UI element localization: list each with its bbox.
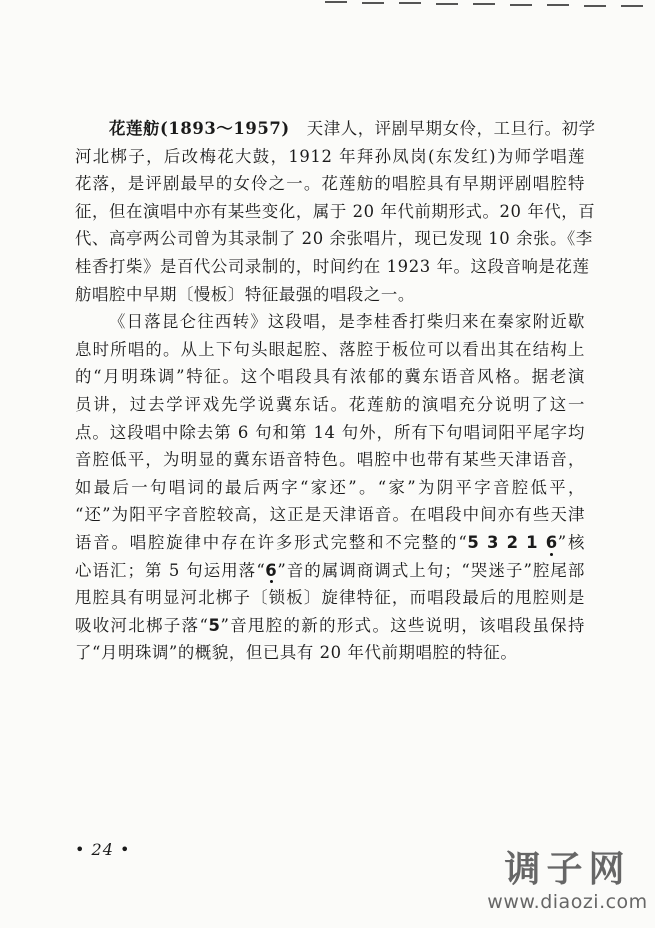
text-segment: 甩腔具有明显河北梆子〔锁板〕旋律特征，而唱段最后的甩腔则是	[75, 588, 585, 607]
text-line: 花莲舫(1893～1957) 天津人，评剧早期女伶，工旦行。初学	[75, 115, 585, 143]
edge-dash	[584, 5, 606, 7]
text-segment: 心语汇；第 5 句运用落“	[75, 561, 265, 580]
text-segment: ”核	[558, 533, 585, 552]
watermark-url: www.diaozi.com	[480, 890, 655, 914]
edge-dash	[325, 1, 347, 3]
page-body: 花莲舫(1893～1957) 天津人，评剧早期女伶，工旦行。初学河北梆子，后改梅…	[75, 115, 585, 667]
text-line: 的“月明珠调”特征。这个唱段具有浓郁的冀东语音风格。据老演	[75, 363, 585, 391]
text-line: “还”为阳平字音腔较高，这正是天津语音。在唱段中间亦有些天津	[75, 501, 585, 529]
text-segment-title-name: 花莲舫	[109, 119, 160, 138]
top-edge-dashes	[320, 0, 655, 10]
text-line: 花落，是评剧最早的女伶之一。花莲舫的唱腔具有早期评剧唱腔特	[75, 170, 585, 198]
text-line: 点。这段唱中除去第 6 句和第 14 句外，所有下句唱词阳平尾字均	[75, 419, 585, 447]
text-line: 代、高亭两公司曾为其录制了 20 余张唱片，现已发现 10 余张。《李	[75, 225, 585, 253]
text-segment: “还”为阳平字音腔较高，这正是天津语音。在唱段中间亦有些天津	[75, 505, 585, 524]
text-segment-title-years: (1893～1957)	[160, 119, 290, 138]
text-segment-num-bold: 5 3 2 1	[467, 533, 545, 552]
text-segment: ”音甩腔的新的形式。这些说明，该唱段虽保持	[220, 616, 585, 635]
text-segment: 音腔低平，为明显的冀东语音特色。唱腔中也带有某些天津语音，	[75, 450, 585, 469]
text-line: 《日落昆仑往西转》这段唱，是李桂香打柴归来在秦家附近歇	[75, 308, 585, 336]
text-segment: 息时所唱的。从上下句头眼起腔、落腔于板位可以看出其在结构上	[75, 340, 585, 359]
edge-dash	[621, 5, 643, 7]
text-line: 甩腔具有明显河北梆子〔锁板〕旋律特征，而唱段最后的甩腔则是	[75, 584, 585, 612]
text-segment: 天津人，评剧早期女伶，工旦行。初学	[290, 119, 596, 138]
text-line: 息时所唱的。从上下句头眼起腔、落腔于板位可以看出其在结构上	[75, 336, 585, 364]
text-segment: 征，但在演唱中亦有某些变化，属于 20 年代前期形式。20 年代，百	[75, 202, 595, 221]
text-segment: 吸收河北梆子落“	[75, 616, 208, 635]
text-segment-num-bold: 6	[265, 557, 277, 585]
edge-dash	[436, 3, 458, 5]
text-segment: 点。这段唱中除去第 6 句和第 14 句外，所有下句唱词阳平尾字均	[75, 423, 585, 442]
text-segment-num-bold: 6	[546, 529, 558, 557]
text-line: 音腔低平，为明显的冀东语音特色。唱腔中也带有某些天津语音，	[75, 446, 585, 474]
watermark: 调子网 www.diaozi.com	[480, 850, 655, 914]
edge-dash	[473, 3, 495, 5]
text-segment: 舫唱腔中早期〔慢板〕特征最强的唱段之一。	[75, 285, 415, 304]
text-line: 员讲，过去学评戏先学说冀东话。花莲舫的演唱充分说明了这一	[75, 391, 585, 419]
text-segment: 代、高亭两公司曾为其录制了 20 余张唱片，现已发现 10 余张。《李	[75, 229, 593, 248]
text-segment-num-bold: 5	[208, 616, 220, 635]
page-number: • 24 •	[75, 840, 130, 859]
edge-dash	[547, 4, 569, 6]
text-segment: ”音的属调商调式上句；“哭迷子”腔尾部	[277, 561, 585, 580]
text-segment: 如最后一句唱词的最后两字“家还”。“家”为阴平字音腔低平，	[75, 478, 585, 497]
edge-dash	[362, 2, 384, 4]
watermark-title: 调子网	[480, 850, 655, 890]
text-segment: 花落，是评剧最早的女伶之一。花莲舫的唱腔具有早期评剧唱腔特	[75, 174, 585, 193]
text-segment: 桂香打柴》是百代公司录制的，时间约在 1923 年。这段音响是花莲	[75, 257, 589, 276]
paragraph: 《日落昆仑往西转》这段唱，是李桂香打柴归来在秦家附近歇息时所唱的。从上下句头眼起…	[75, 308, 585, 667]
paragraph: 花莲舫(1893～1957) 天津人，评剧早期女伶，工旦行。初学河北梆子，后改梅…	[75, 115, 585, 308]
text-line: 征，但在演唱中亦有某些变化，属于 20 年代前期形式。20 年代，百	[75, 198, 585, 226]
edge-dash	[510, 4, 532, 6]
text-line: 语音。唱腔旋律中存在许多形式完整和不完整的“5 3 2 1 6”核	[75, 529, 585, 557]
text-line: 心语汇；第 5 句运用落“6”音的属调商调式上句；“哭迷子”腔尾部	[75, 557, 585, 585]
text-line: 桂香打柴》是百代公司录制的，时间约在 1923 年。这段音响是花莲	[75, 253, 585, 281]
text-segment: 《日落昆仑往西转》这段唱，是李桂香打柴归来在秦家附近歇	[109, 312, 585, 331]
text-segment: 了“月明珠调”的概貌，但已具有 20 年代前期唱腔的特征。	[75, 643, 517, 662]
text-line: 舫唱腔中早期〔慢板〕特征最强的唱段之一。	[75, 281, 585, 309]
edge-dash	[399, 2, 421, 4]
text-line: 吸收河北梆子落“5”音甩腔的新的形式。这些说明，该唱段虽保持	[75, 612, 585, 640]
text-line: 河北梆子，后改梅花大鼓，1912 年拜孙凤岗(东发红)为师学唱莲	[75, 143, 585, 171]
text-line: 如最后一句唱词的最后两字“家还”。“家”为阴平字音腔低平，	[75, 474, 585, 502]
text-segment: 河北梆子，后改梅花大鼓，1912 年拜孙凤岗(东发红)为师学唱莲	[75, 147, 585, 166]
text-segment: 员讲，过去学评戏先学说冀东话。花莲舫的演唱充分说明了这一	[75, 395, 585, 414]
text-segment: 语音。唱腔旋律中存在许多形式完整和不完整的“	[75, 533, 467, 552]
text-line: 了“月明珠调”的概貌，但已具有 20 年代前期唱腔的特征。	[75, 639, 585, 667]
text-segment: 的“月明珠调”特征。这个唱段具有浓郁的冀东语音风格。据老演	[75, 367, 585, 386]
